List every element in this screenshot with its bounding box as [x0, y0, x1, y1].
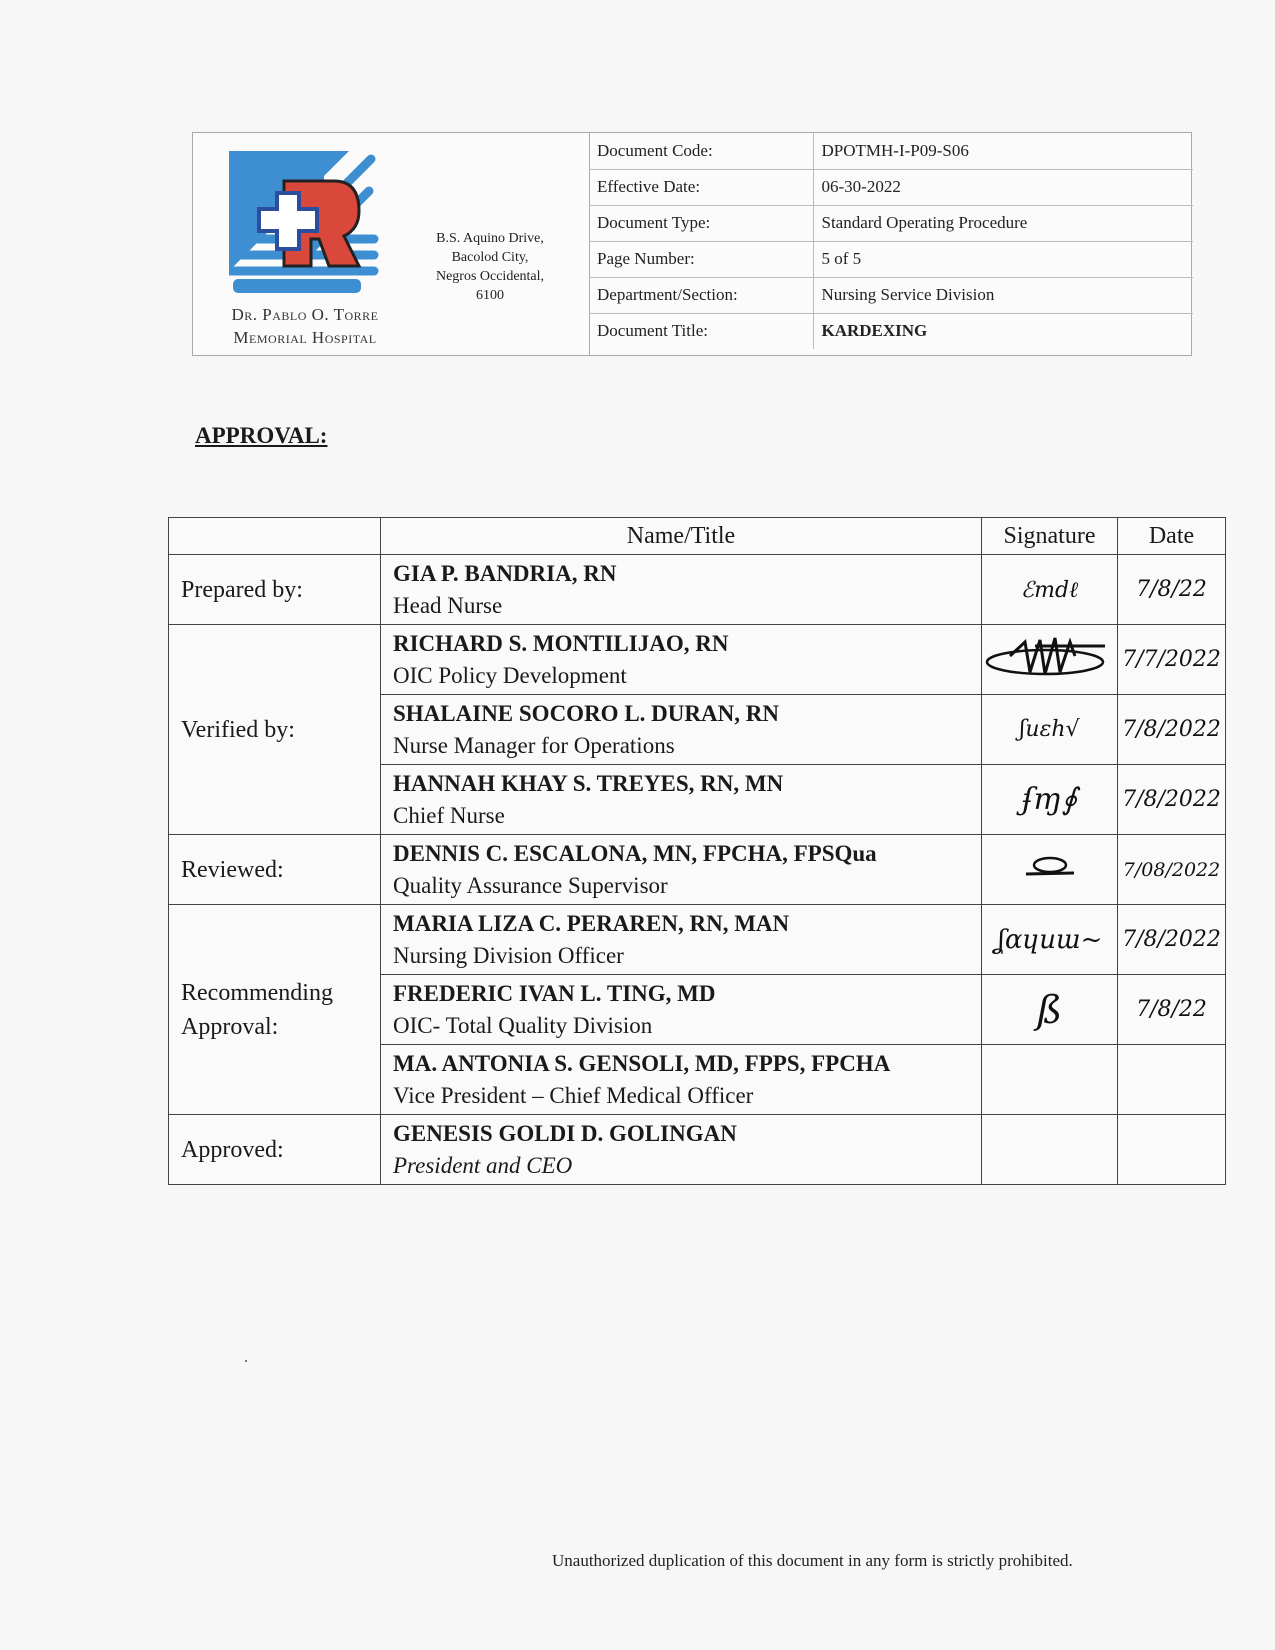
role-label: Recommending Approval: — [181, 980, 333, 1040]
signatory: FREDERIC IVAN L. TING, MDOIC- Total Qual… — [381, 975, 982, 1045]
date-cell: 7/8/2022 — [1118, 905, 1226, 975]
document-code: DPOTMH-I-P09-S06 — [813, 133, 1193, 169]
meta-label: Document Type: — [589, 205, 813, 241]
meta-label: Department/Section: — [589, 277, 813, 313]
signatory-name: HANNAH KHAY S. TREYES, RN, MN — [393, 765, 981, 799]
signature-cell: ℰmdℓ — [982, 555, 1118, 625]
signed-date: 7/8/2022 — [1122, 787, 1221, 812]
signatory-title: Nursing Division Officer — [393, 939, 981, 973]
date-cell: 7/7/2022 — [1118, 625, 1226, 695]
hospital-logo-icon — [229, 151, 379, 301]
logo-area: Dr. Pablo O. Torre Memorial Hospital B.S… — [193, 133, 590, 355]
role-approved: Approved: — [169, 1115, 381, 1185]
meta-label: Effective Date: — [589, 169, 813, 205]
approval-table: Name/Title Signature Date Prepared by: G… — [168, 517, 1226, 1185]
signature-cell: ß — [982, 975, 1118, 1045]
date-cell: 7/8/22 — [1118, 975, 1226, 1045]
signatory: RICHARD S. MONTILIJAO, RNOIC Policy Deve… — [381, 625, 982, 695]
handwritten-signature-icon: ℰmdℓ — [1021, 578, 1078, 603]
department-section: Nursing Service Division — [813, 277, 1193, 313]
signatory-name: FREDERIC IVAN L. TING, MD — [393, 975, 981, 1009]
date-cell: 7/8/2022 — [1118, 695, 1226, 765]
signatory-title: President and CEO — [393, 1149, 981, 1183]
page-number: 5 of 5 — [813, 241, 1193, 277]
signed-date: 7/08/2022 — [1123, 859, 1220, 881]
column-header-role — [169, 518, 381, 555]
date-cell: 7/08/2022 — [1118, 835, 1226, 905]
signatory: HANNAH KHAY S. TREYES, RN, MNChief Nurse — [381, 765, 982, 835]
address-line: B.S. Aquino Drive, — [415, 229, 565, 248]
address-line: Negros Occidental, — [415, 267, 565, 286]
signature-cell: ʆɑɥuɯ~ — [982, 905, 1118, 975]
signature-cell — [982, 625, 1118, 695]
signatory-name: GENESIS GOLDI D. GOLINGAN — [393, 1115, 981, 1149]
signature-cell — [982, 835, 1118, 905]
hospital-address: B.S. Aquino Drive, Bacolod City, Negros … — [415, 229, 565, 305]
address-line: Bacolod City, — [415, 248, 565, 267]
signatory: MA. ANTONIA S. GENSOLI, MD, FPPS, FPCHAV… — [381, 1045, 982, 1115]
handwritten-signature-icon: ʄɱ∮ — [1022, 782, 1077, 817]
handwritten-signature-icon — [985, 632, 1115, 682]
handwritten-signature-icon: ʃuɛh√ — [1019, 717, 1079, 742]
signatory: GENESIS GOLDI D. GOLINGANPresident and C… — [381, 1115, 982, 1185]
signatory-title: Nurse Manager for Operations — [393, 729, 981, 763]
document-type: Standard Operating Procedure — [813, 205, 1193, 241]
document-meta-table: Document Code:DPOTMH-I-P09-S06 Effective… — [589, 133, 1193, 349]
date-cell — [1118, 1045, 1226, 1115]
meta-row: Effective Date:06-30-2022 — [589, 169, 1193, 205]
role-recommending-approval: Recommending Approval: — [169, 905, 381, 1115]
hospital-name-line2: Memorial Hospital — [205, 326, 405, 349]
signature-cell — [982, 1115, 1118, 1185]
role-verified-by: Verified by: — [169, 625, 381, 835]
approval-heading: APPROVAL: — [195, 423, 327, 449]
approval-header-row: Name/Title Signature Date — [169, 518, 1226, 555]
footer-notice: Unauthorized duplication of this documen… — [552, 1551, 1073, 1571]
signatory-name: SHALAINE SOCORO L. DURAN, RN — [393, 695, 981, 729]
role-prepared-by: Prepared by: — [169, 555, 381, 625]
document-header: Dr. Pablo O. Torre Memorial Hospital B.S… — [192, 132, 1192, 356]
meta-label: Document Code: — [589, 133, 813, 169]
signatory: GIA P. BANDRIA, RNHead Nurse — [381, 555, 982, 625]
meta-row: Department/Section:Nursing Service Divis… — [589, 277, 1193, 313]
address-line: 6100 — [415, 286, 565, 305]
handwritten-signature-icon: ß — [1037, 988, 1062, 1032]
signatory: MARIA LIZA C. PERAREN, RN, MANNursing Di… — [381, 905, 982, 975]
signatory-title: OIC- Total Quality Division — [393, 1009, 981, 1043]
scan-speck — [245, 1360, 247, 1362]
signatory-title: Quality Assurance Supervisor — [393, 869, 981, 903]
signatory-name: MARIA LIZA C. PERAREN, RN, MAN — [393, 905, 981, 939]
table-row: Reviewed: DENNIS C. ESCALONA, MN, FPCHA,… — [169, 835, 1226, 905]
meta-label: Page Number: — [589, 241, 813, 277]
date-cell — [1118, 1115, 1226, 1185]
signatory-title: Chief Nurse — [393, 799, 981, 833]
signature-cell — [982, 1045, 1118, 1115]
signatory-title: Vice President – Chief Medical Officer — [393, 1079, 981, 1113]
column-header-name-title: Name/Title — [381, 518, 982, 555]
date-cell: 7/8/22 — [1118, 555, 1226, 625]
effective-date: 06-30-2022 — [813, 169, 1193, 205]
signed-date: 7/8/22 — [1136, 997, 1207, 1022]
signatory: SHALAINE SOCORO L. DURAN, RNNurse Manage… — [381, 695, 982, 765]
handwritten-signature-icon: ʆɑɥuɯ~ — [997, 925, 1103, 955]
hospital-name: Dr. Pablo O. Torre Memorial Hospital — [205, 303, 405, 349]
signed-date: 7/7/2022 — [1122, 647, 1221, 672]
table-row: Approved: GENESIS GOLDI D. GOLINGANPresi… — [169, 1115, 1226, 1185]
table-row: Prepared by: GIA P. BANDRIA, RNHead Nurs… — [169, 555, 1226, 625]
hospital-name-line1: Dr. Pablo O. Torre — [205, 303, 405, 326]
document-title: KARDEXING — [813, 313, 1193, 349]
signatory-name: DENNIS C. ESCALONA, MN, FPCHA, FPSQua — [393, 835, 981, 869]
signatory: DENNIS C. ESCALONA, MN, FPCHA, FPSQuaQua… — [381, 835, 982, 905]
signed-date: 7/8/22 — [1136, 577, 1207, 602]
signature-cell: ʃuɛh√ — [982, 695, 1118, 765]
column-header-signature: Signature — [982, 518, 1118, 555]
meta-row: Page Number:5 of 5 — [589, 241, 1193, 277]
meta-row: Document Type:Standard Operating Procedu… — [589, 205, 1193, 241]
signatory-name: MA. ANTONIA S. GENSOLI, MD, FPPS, FPCHA — [393, 1045, 981, 1079]
meta-label: Document Title: — [589, 313, 813, 349]
column-header-date: Date — [1118, 518, 1226, 555]
meta-row: Document Code:DPOTMH-I-P09-S06 — [589, 133, 1193, 169]
signatory-title: OIC Policy Development — [393, 659, 981, 693]
signatory-name: RICHARD S. MONTILIJAO, RN — [393, 625, 981, 659]
signed-date: 7/8/2022 — [1122, 717, 1221, 742]
handwritten-signature-icon — [1020, 852, 1080, 882]
table-row: Recommending Approval: MARIA LIZA C. PER… — [169, 905, 1226, 975]
meta-row: Document Title:KARDEXING — [589, 313, 1193, 349]
table-row: Verified by: RICHARD S. MONTILIJAO, RNOI… — [169, 625, 1226, 695]
signatory-title: Head Nurse — [393, 589, 981, 623]
signed-date: 7/8/2022 — [1122, 927, 1221, 952]
date-cell: 7/8/2022 — [1118, 765, 1226, 835]
role-reviewed: Reviewed: — [169, 835, 381, 905]
signature-cell: ʄɱ∮ — [982, 765, 1118, 835]
signatory-name: GIA P. BANDRIA, RN — [393, 555, 981, 589]
